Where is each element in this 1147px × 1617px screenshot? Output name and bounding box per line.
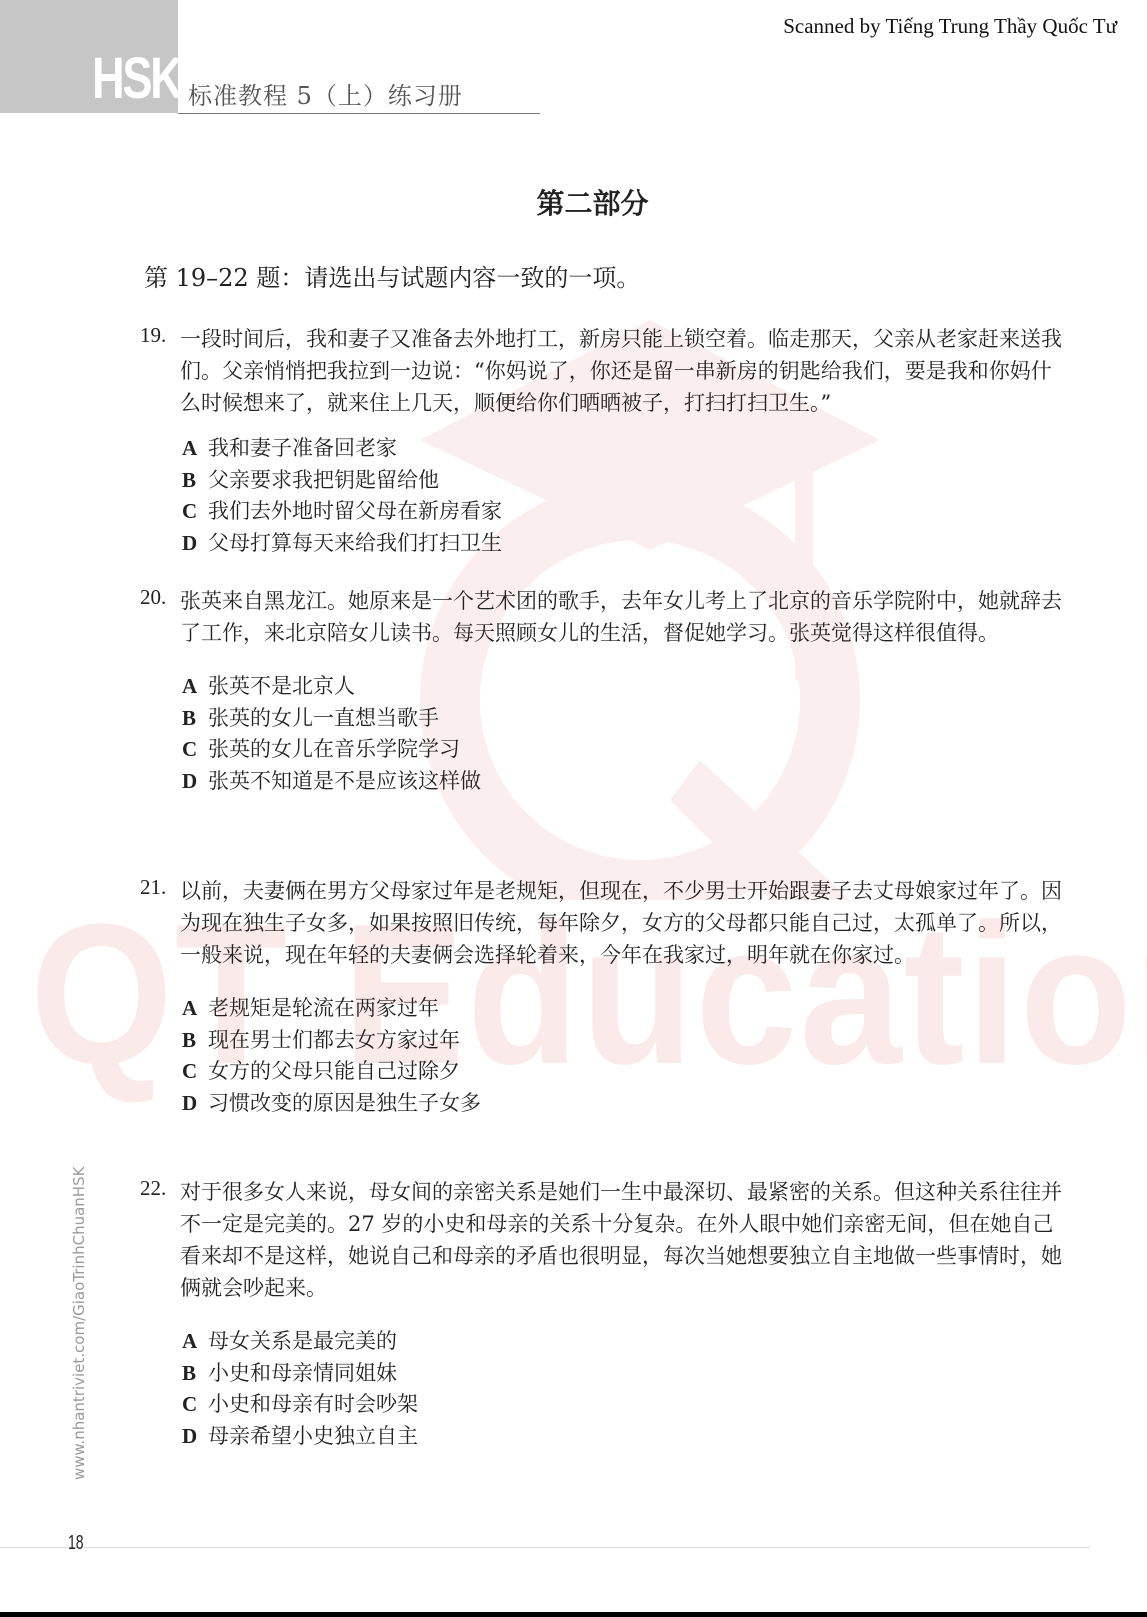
option-a[interactable]: A母女关系是最完美的 bbox=[182, 1326, 1070, 1358]
question-text: 张英来自黑龙江。她原来是一个艺术团的歌手，去年女儿考上了北京的音乐学院附中，她就… bbox=[180, 585, 1070, 649]
option-c[interactable]: C女方的父母只能自己过除夕 bbox=[182, 1056, 1070, 1088]
question-22: 22. 对于很多女人来说，母女间的亲密关系是她们一生中最深切、最紧密的关系。但这… bbox=[140, 1176, 1070, 1452]
question-number: 20. bbox=[140, 585, 166, 610]
option-b[interactable]: B现在男士们都去女方家过年 bbox=[182, 1025, 1070, 1057]
option-d[interactable]: D习惯改变的原因是独生子女多 bbox=[182, 1088, 1070, 1120]
question-20: 20. 张英来自黑龙江。她原来是一个艺术团的歌手，去年女儿考上了北京的音乐学院附… bbox=[140, 585, 1070, 797]
question-21: 21. 以前，夫妻俩在男方父母家过年是老规矩，但现在，不少男士开始跟妻子去丈母娘… bbox=[140, 875, 1070, 1119]
option-b[interactable]: B父亲要求我把钥匙留给他 bbox=[182, 465, 1070, 497]
header-gray-block: HSK bbox=[0, 0, 178, 113]
side-url: www.nhantriviet.com/GiaoTrinhChuanHSK bbox=[70, 1167, 88, 1480]
option-d[interactable]: D张英不知道是不是应该这样做 bbox=[182, 766, 1070, 798]
scan-credit: Scanned by Tiếng Trung Thầy Quốc Tư bbox=[783, 14, 1117, 39]
options-list: A张英不是北京人 B张英的女儿一直想当歌手 C张英的女儿在音乐学院学习 D张英不… bbox=[182, 671, 1070, 797]
option-c[interactable]: C张英的女儿在音乐学院学习 bbox=[182, 734, 1070, 766]
options-list: A母女关系是最完美的 B小史和母亲情同姐妹 C小史和母亲有时会吵架 D母亲希望小… bbox=[182, 1326, 1070, 1452]
header-divider bbox=[178, 113, 540, 114]
question-text: 对于很多女人来说，母女间的亲密关系是她们一生中最深切、最紧密的关系。但这种关系往… bbox=[180, 1176, 1070, 1304]
footer-divider bbox=[0, 1547, 1090, 1548]
page-number: 18 bbox=[68, 1532, 84, 1555]
options-list: A我和妻子准备回老家 B父亲要求我把钥匙留给他 C我们去外地时留父母在新房看家 … bbox=[182, 433, 1070, 559]
question-text: 一段时间后，我和妻子又准备去外地打工，新房只能上锁空着。临走那天，父亲从老家赶来… bbox=[180, 323, 1070, 419]
option-c[interactable]: C我们去外地时留父母在新房看家 bbox=[182, 496, 1070, 528]
option-b[interactable]: B张英的女儿一直想当歌手 bbox=[182, 703, 1070, 735]
option-a[interactable]: A张英不是北京人 bbox=[182, 671, 1070, 703]
option-a[interactable]: A我和妻子准备回老家 bbox=[182, 433, 1070, 465]
option-a[interactable]: A老规矩是轮流在两家过年 bbox=[182, 993, 1070, 1025]
section-title: 第二部分 bbox=[0, 182, 1147, 222]
question-number: 22. bbox=[140, 1176, 166, 1201]
option-b[interactable]: B小史和母亲情同姐妹 bbox=[182, 1358, 1070, 1390]
instruction: 第 19–22 题：请选出与试题内容一致的一项。 bbox=[144, 258, 640, 293]
scan-edge-bar bbox=[0, 1612, 1147, 1617]
option-c[interactable]: C小史和母亲有时会吵架 bbox=[182, 1389, 1070, 1421]
question-number: 21. bbox=[140, 875, 166, 900]
question-text: 以前，夫妻俩在男方父母家过年是老规矩，但现在，不少男士开始跟妻子去丈母娘家过年了… bbox=[180, 875, 1070, 971]
option-d[interactable]: D母亲希望小史独立自主 bbox=[182, 1421, 1070, 1453]
question-number: 19. bbox=[140, 323, 166, 348]
hsk-logo: HSK bbox=[92, 50, 181, 108]
question-19: 19. 一段时间后，我和妻子又准备去外地打工，新房只能上锁空着。临走那天，父亲从… bbox=[140, 323, 1070, 559]
options-list: A老规矩是轮流在两家过年 B现在男士们都去女方家过年 C女方的父母只能自己过除夕… bbox=[182, 993, 1070, 1119]
option-d[interactable]: D父母打算每天来给我们打扫卫生 bbox=[182, 528, 1070, 560]
book-title: 标准教程 5（上）练习册 bbox=[188, 76, 463, 111]
